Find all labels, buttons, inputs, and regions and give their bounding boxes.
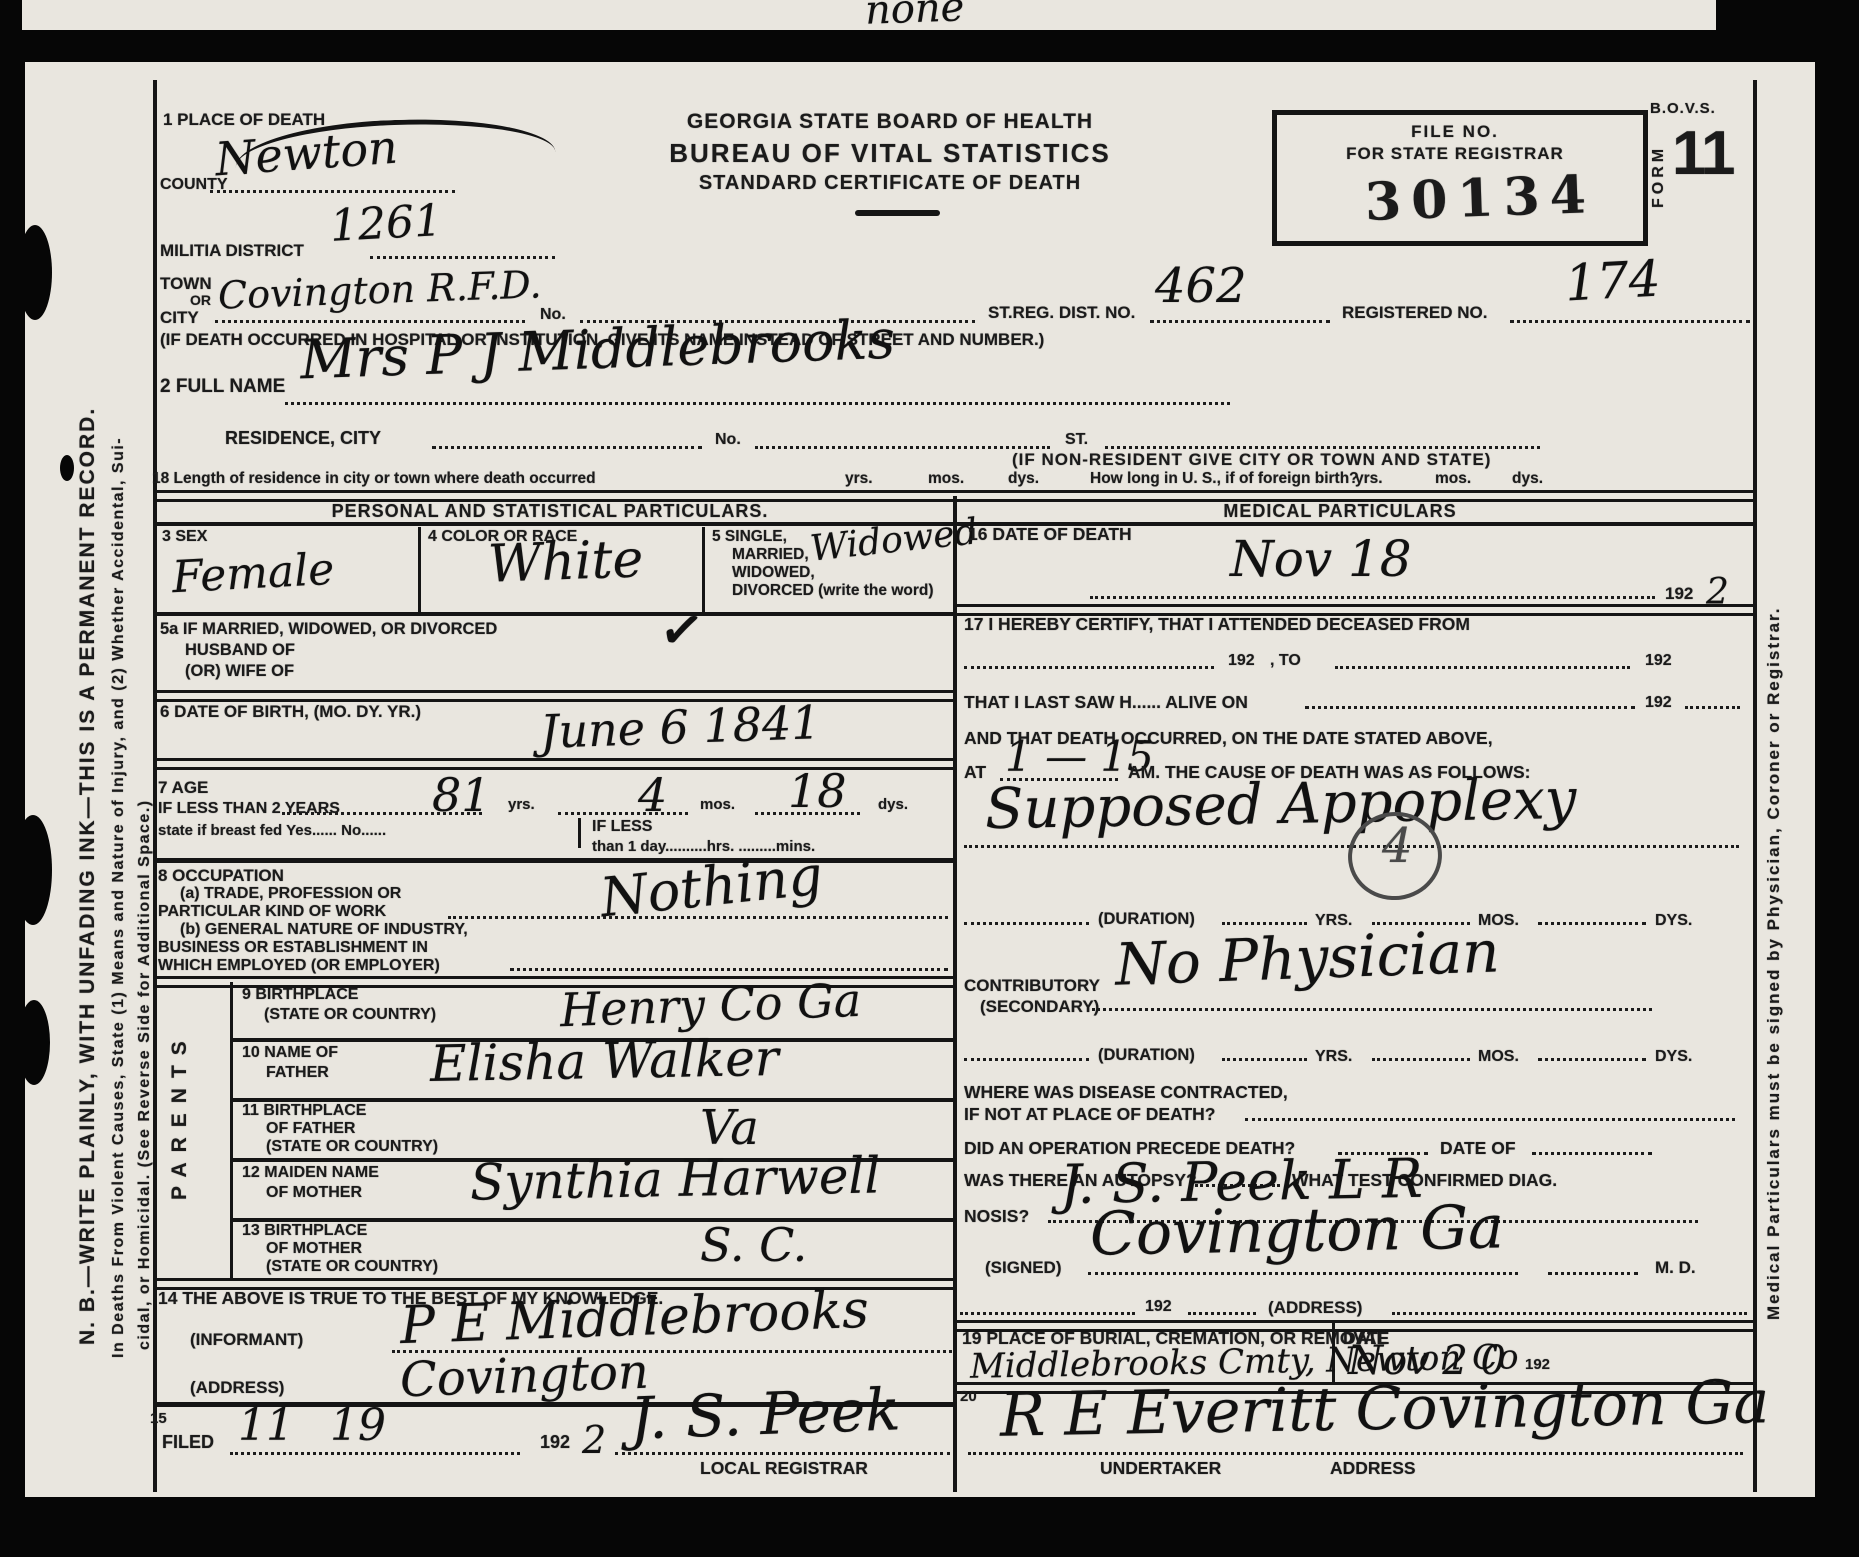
father-label-2: FATHER [266,1064,329,1082]
father-bp-label-1: 11 BIRTHPLACE [242,1102,366,1120]
town-label-3: CITY [160,308,199,328]
county-label: COUNTY [160,176,228,194]
father-bp-label-2: OF FATHER [266,1120,355,1138]
length-dys: dys. [1008,470,1039,488]
file-label-1: FILE NO. [1282,122,1628,142]
row-rule [155,858,953,863]
item15-label: 15 [150,1410,167,1427]
father-value: Elisha Walker [430,1029,780,1093]
sex-value: Female [171,544,336,603]
parents-label: PARENTS [168,1031,192,1200]
cause-value: Supposed Appoplexy [984,767,1576,842]
filed-month: 11 [238,1400,294,1451]
dotted-line [370,256,555,259]
file-number-stamp: 30134 [1364,164,1597,233]
age-months-value: 4 [638,768,667,822]
dotted-line [285,402,1230,405]
duration2-yrs: YRS. [1315,1048,1352,1066]
father-bp-label-3: (STATE OR COUNTRY) [266,1138,438,1156]
undertaker-signature: R E Everitt Covington Ga [999,1367,1769,1450]
fullname-label: 2 FULL NAME [160,376,285,398]
occupation-b1: (b) GENERAL NATURE OF INDUSTRY, [180,921,468,939]
occupation-label: 8 OCCUPATION [158,866,284,886]
duration1-label: (DURATION) [1098,910,1195,929]
howlong-dys: dys. [1512,470,1543,488]
streg-label: ST.REG. DIST. NO. [988,303,1135,323]
dotted-line [964,922,1089,925]
mother-label-2: OF MOTHER [266,1184,362,1202]
dotted-line [1392,1312,1747,1315]
cell-divider [418,527,421,612]
lastsaw-192: 192 [1645,694,1672,712]
dotted-line [964,1058,1089,1061]
signed-label: (SIGNED) [985,1258,1062,1278]
top-margin-scribble: none [864,0,965,34]
dotted-line [1372,1058,1470,1061]
scan-artifact [18,225,52,320]
dob-label: 6 DATE OF BIRTH, (MO. DY. YR.) [160,702,421,722]
where-label-1: WHERE WAS DISEASE CONTRACTED, [964,1082,1288,1103]
duration2-label: (DURATION) [1098,1046,1195,1065]
row-rule [155,690,953,702]
dotted-line [1548,1272,1638,1275]
marital-label-3: WIDOWED, [732,564,815,582]
streg-value: 462 [1155,258,1247,314]
pencil-mark: 4 [1382,818,1413,874]
scan-artifact [14,815,52,925]
mother-bp-label-3: (STATE OR COUNTRY) [266,1258,438,1276]
personal-section-title: PERSONAL AND STATISTICAL PARTICULARS. [180,501,920,522]
age-days-unit: dys. [878,796,908,813]
contributory-label-1: CONTRIBUTORY [964,976,1100,996]
race-value: White [487,529,644,594]
dotted-line [1538,1058,1646,1061]
father-label-1: 10 NAME OF [242,1044,338,1062]
filed-year-printed: 192 [540,1432,570,1453]
dateof-label: DATE OF [1440,1138,1516,1159]
signed-value: Covington Ga [1089,1192,1504,1269]
occupation-a2: PARTICULAR KIND OF WORK [158,903,386,921]
dod-label: 16 DATE OF DEATH [968,524,1132,545]
marital-label-4: DIVORCED (write the word) [732,582,934,600]
filed-label: FILED [162,1432,214,1453]
mother-bp-label-1: 13 BIRTHPLACE [242,1222,367,1240]
file-label-2: FOR STATE REGISTRAR [1282,144,1628,164]
howlong-yrs: yrs. [1355,470,1383,488]
residence-no-label: No. [715,431,741,449]
registered-label: REGISTERED NO. [1342,303,1487,323]
age-years-value: 81 [432,768,491,822]
duration2-mos: MOS. [1478,1048,1519,1066]
residence-st-label: ST. [1065,431,1088,449]
cell-divider [578,818,581,848]
death-certificate-scan: none N. B.—WRITE PLAINLY, WITH UNFADING … [0,0,1859,1557]
dotted-line [1150,320,1330,323]
dotted-line [432,446,702,449]
signed-address-label: (ADDRESS) [1268,1298,1362,1318]
age-days-value: 18 [788,764,847,818]
dotted-line [1510,320,1750,323]
dotted-line [1088,1272,1518,1275]
md-label: M. D. [1655,1258,1696,1278]
dotted-line [558,812,688,815]
cell-divider [702,527,705,612]
certify-to: , TO [1270,652,1301,670]
occupation-a1: (a) TRADE, PROFESSION OR [180,885,401,903]
registered-value: 174 [1564,250,1662,313]
less2-label-2: state if breast fed Yes...... No...... [158,822,386,839]
dotted-line [755,446,1050,449]
mother-value: Synthia Harwell [470,1146,881,1211]
contributory-value: No Physician [1114,917,1501,998]
dotted-line [210,190,455,193]
militia-label: MILITIA DISTRICT [160,241,304,261]
marital-label-1: 5 SINGLE, [712,528,787,546]
undertaker-address-label: ADDRESS [1330,1458,1416,1479]
duration2-dys: DYS. [1655,1048,1692,1066]
dotted-line [510,968,948,971]
dod-value: Nov 18 [1230,530,1412,588]
header-dash [855,210,940,216]
dotted-line [964,666,1214,669]
scan-artifact [60,455,74,481]
certify-label: 17 I HEREBY CERTIFY, THAT I ATTENDED DEC… [964,614,1470,635]
marital-label-2: MARRIED, [732,546,809,564]
form-right-border [1753,80,1757,1492]
dotted-line [1685,706,1740,709]
center-divider [953,496,957,1492]
town-label-1: TOWN [160,274,212,294]
dotted-line [960,1312,1135,1315]
medical-section-title: MEDICAL PARTICULARS [1060,501,1620,522]
age-months-unit: mos. [700,796,735,813]
howlong-mos: mos. [1435,470,1471,488]
dotted-line [1305,706,1635,709]
item5a-label-1: 5a IF MARRIED, WIDOWED, OR DIVORCED [160,620,497,639]
item5a-label-3: (OR) WIFE OF [185,662,294,681]
militia-value: 1261 [329,195,444,252]
dotted-line [1188,1312,1256,1315]
dotted-line [1532,1152,1652,1155]
nosis-label: NOSIS? [964,1206,1029,1227]
right-margin-note: Medical Particulars must be signed by Ph… [1764,607,1784,1320]
item5a-checkmark: ✓ [656,597,708,663]
at-label: AT [964,762,986,783]
dotted-line [1222,1058,1307,1061]
filed-day: 19 [330,1400,386,1451]
lastsaw-label: THAT I LAST SAW H...... ALIVE ON [964,692,1248,713]
less1-label-1: IF LESS [592,818,652,836]
dotted-line [1538,922,1646,925]
address-192: 192 [1145,1298,1172,1316]
dotted-line [1105,446,1540,449]
dotted-line [230,1452,520,1455]
mother-label-1: 12 MAIDEN NAME [242,1164,379,1182]
occupation-b2: BUSINESS OR ESTABLISHMENT IN [158,939,428,957]
form-number: 11 [1672,118,1734,189]
dotted-line [615,1452,950,1455]
header-bureau: BUREAU OF VITAL STATISTICS [640,138,1140,169]
bovs-label: B.O.V.S. [1650,100,1716,117]
mother-bp-label-2: OF MOTHER [266,1240,362,1258]
contributory-label-2: (SECONDARY) [980,997,1099,1017]
dotted-line [1090,596,1655,599]
birthplace-label-1: 9 BIRTHPLACE [242,986,358,1004]
occupation-b3: WHICH EMPLOYED (OR EMPLOYER) [158,957,440,975]
scan-artifact [18,1000,50,1085]
undertaker-label: UNDERTAKER [1100,1458,1221,1479]
informant-address-label: (ADDRESS) [190,1378,284,1398]
local-registrar-label: LOCAL REGISTRAR [700,1458,868,1479]
birthplace-label-2: (STATE OR COUNTRY) [264,1006,436,1024]
mother-bp-value: S. C. [700,1218,807,1272]
informant-address-value: Covington [399,1344,650,1409]
left-margin-note-2: cidal, or Homicidal. (See Reverse Side f… [136,799,154,1350]
informant-label: (INFORMANT) [190,1330,303,1350]
father-bp-value: Va [700,1100,759,1156]
dotted-line [1245,1118,1735,1121]
item20-label: 20 [960,1388,977,1405]
duration1-dys: DYS. [1655,912,1692,930]
where-label-2: IF NOT AT PLACE OF DEATH? [964,1104,1215,1125]
dob-value: June 6 1841 [539,695,821,759]
parents-gutter-rule [230,982,233,1278]
left-margin-note-bold: N. B.—WRITE PLAINLY, WITH UNFADING INK—T… [76,407,100,1345]
town-label-2: OR [190,292,211,308]
howlong-label: How long in U. S., if of foreign birth? [1090,470,1359,488]
form-word: FORM [1650,145,1668,208]
certify-192b: 192 [1645,652,1672,670]
residence-label: RESIDENCE, CITY [225,428,381,449]
birthplace-value: Henry Co Ga [559,973,862,1037]
length-label: 18 Length of residence in city or town w… [152,470,596,488]
filed-year-hw: 2 [582,1418,606,1462]
registrar-signature: J. S. Peek [629,1375,902,1452]
row-rule [155,612,953,616]
age-years-unit: yrs. [508,796,535,813]
dotted-line [1092,1008,1652,1011]
less2-label-1: IF LESS THAN 2 YEARS [158,800,340,818]
length-yrs: yrs. [845,470,873,488]
certify-192a: 192 [1228,652,1255,670]
header-standard: STANDARD CERTIFICATE OF DEATH [640,172,1140,195]
item5a-label-2: HUSBAND OF [185,641,295,660]
length-mos: mos. [928,470,964,488]
age-label: 7 AGE [158,778,208,798]
header-board: GEORGIA STATE BOARD OF HEALTH [640,110,1140,134]
nonresident-note: (IF NON-RESIDENT GIVE CITY OR TOWN AND S… [1012,450,1491,470]
left-margin-note-1: In Deaths From Violent Causes, State (1)… [110,437,128,1358]
sex-label: 3 SEX [162,528,207,546]
dod-year-printed: 192 [1665,584,1693,604]
dotted-line [1335,666,1630,669]
dotted-line [968,1452,1743,1455]
